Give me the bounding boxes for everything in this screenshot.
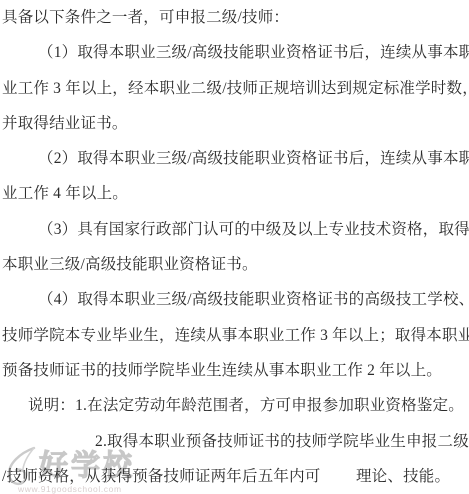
text-line: /技师资格，从获得预备技师证两年后五年内可 理论、技能。: [2, 459, 469, 494]
text-line: 本职业三级/高级技能职业资格证书。: [2, 247, 469, 282]
text-line: 说明：1.在法定劳动年龄范围者，方可申报参加职业资格鉴定。: [2, 388, 469, 423]
text-line: 业工作 4 年以上。: [2, 176, 469, 211]
text-line: 技师学院本专业毕业生，连续从事本职业工作 3 年以上；取得本职业: [2, 318, 469, 353]
text-line: 业工作 3 年以上，经本职业二级/技师正规培训达到规定标准学时数，: [2, 71, 469, 106]
document-page: { "page": { "background": "#ffffff", "te…: [0, 0, 469, 494]
text-line: 具备以下条件之一者，可申报二级/技师：: [2, 0, 469, 35]
text-line: 2.取得本职业预备技师证书的技师学院毕业生申报二级: [2, 424, 469, 459]
text-line: （1）取得本职业三级/高级技能职业资格证书后，连续从事本职: [2, 35, 469, 70]
text-line: （4）取得本职业三级/高级技能职业资格证书的高级技工学校、: [2, 282, 469, 317]
text-line: （3）具有国家行政部门认可的中级及以上专业技术资格，取得: [2, 212, 469, 247]
document-body: 具备以下条件之一者，可申报二级/技师：（1）取得本职业三级/高级技能职业资格证书…: [0, 0, 469, 494]
text-line: （2）取得本职业三级/高级技能职业资格证书后，连续从事本职: [2, 141, 469, 176]
text-line: 并取得结业证书。: [2, 106, 469, 141]
text-line: 预备技师证书的技师学院毕业生连续从事本职业工作 2 年以上。: [2, 353, 469, 388]
